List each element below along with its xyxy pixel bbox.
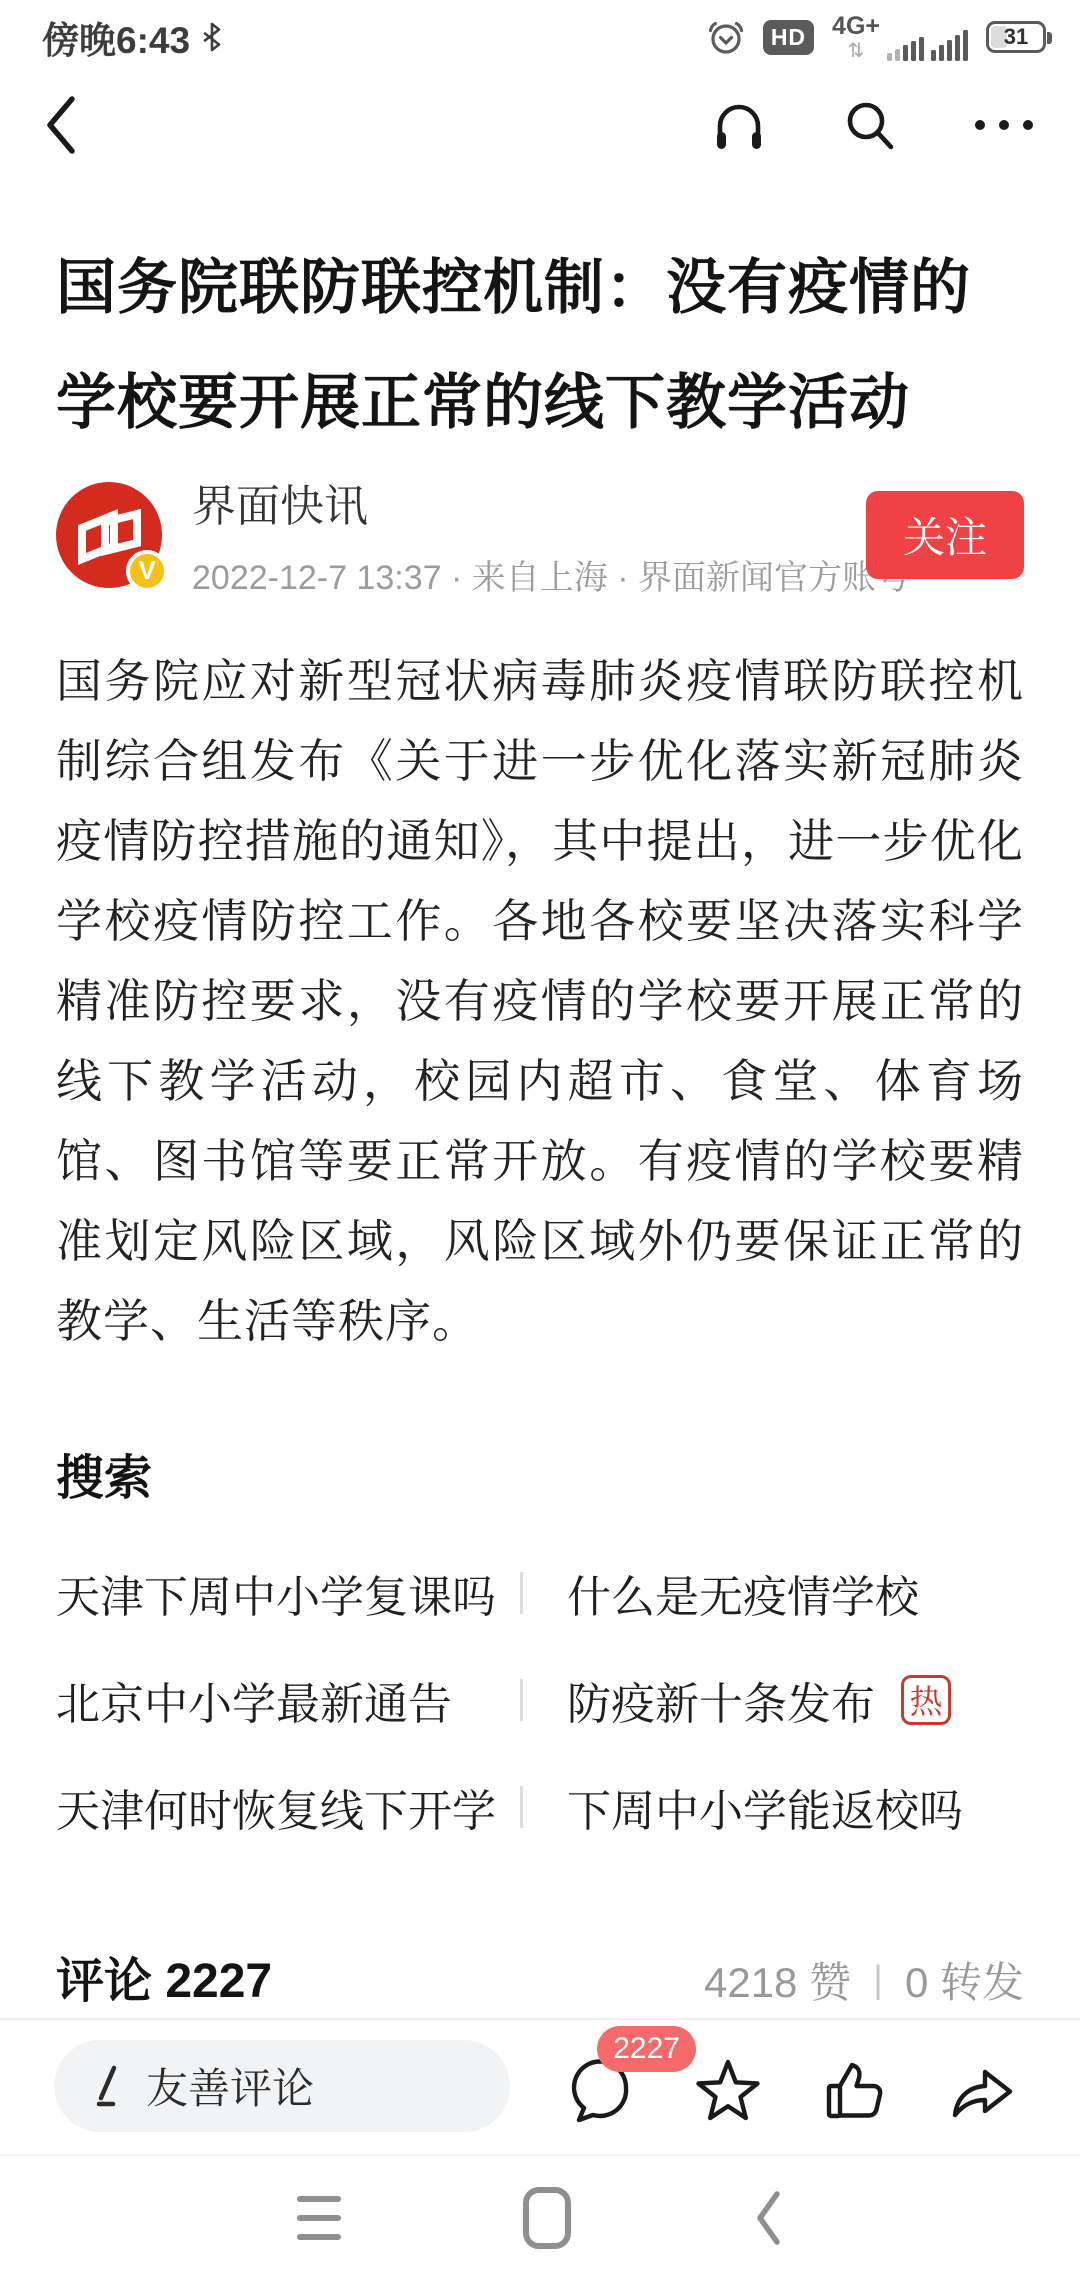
author-name[interactable]: 界面快讯: [192, 470, 866, 534]
likes-count: 4218 赞: [704, 1950, 851, 2010]
search-suggestion[interactable]: 防疫新十条发布 热: [567, 1668, 951, 1732]
chevron-left-icon: [40, 94, 82, 156]
author-meta: 2022-12-7 13:37 · 来自上海 · 界面新闻官方账号: [192, 550, 866, 599]
recents-button[interactable]: [297, 2196, 341, 2240]
article-title: 国务院联防联控机制：没有疫情的学校要开展正常的线下教学活动: [56, 230, 1024, 460]
like-button[interactable]: [820, 2057, 888, 2125]
search-button[interactable]: [842, 97, 898, 153]
status-time: 傍晚6:43: [42, 10, 190, 64]
search-suggestion-label: 天津下周中小学复课吗: [56, 1561, 496, 1625]
search-icon: [842, 97, 898, 153]
hd-indicator: HD: [763, 20, 814, 55]
search-suggestion-label: 防疫新十条发布: [567, 1668, 875, 1732]
home-button[interactable]: [523, 2187, 571, 2249]
star-icon: [694, 2058, 762, 2124]
alarm-icon: [707, 18, 745, 56]
chevron-left-icon: [753, 2186, 783, 2250]
related-search-grid: 天津下周中小学复课吗 什么是无疫情学校 北京中小学最新通告 防疫新十条发布 热 …: [56, 1539, 1024, 1860]
top-nav-bar: [0, 64, 1080, 186]
search-suggestion[interactable]: 天津下周中小学复课吗: [56, 1561, 520, 1625]
share-arrow-icon: [947, 2059, 1017, 2123]
data-arrows-icon: ⇅: [848, 41, 865, 61]
signal-indicator: 4G+ ⇅: [832, 14, 968, 61]
thumbs-up-icon: [820, 2057, 888, 2125]
battery-level: 31: [1004, 24, 1028, 50]
favorite-button[interactable]: [694, 2058, 762, 2124]
more-button[interactable]: [972, 117, 1036, 133]
column-divider: [520, 1786, 523, 1828]
signal-bars-sim2-icon: [887, 37, 924, 61]
pen-icon: [88, 2064, 124, 2108]
comment-input-placeholder: 友善评论: [146, 2056, 314, 2116]
search-section-heading: 搜索: [56, 1449, 1024, 1509]
search-row: 北京中小学最新通告 防疫新十条发布 热: [56, 1646, 1024, 1753]
network-type-label: 4G+: [832, 14, 880, 39]
bluetooth-icon: [202, 22, 222, 52]
home-icon: [523, 2187, 571, 2249]
follow-button[interactable]: 关注: [866, 491, 1024, 579]
author-avatar[interactable]: V: [56, 482, 162, 588]
search-suggestion[interactable]: 下周中小学能返校吗: [567, 1775, 963, 1839]
comment-count-badge: 2227: [597, 2026, 696, 2072]
action-icons: 2227: [536, 2046, 1046, 2126]
search-suggestion[interactable]: 什么是无疫情学校: [567, 1561, 919, 1625]
search-suggestion-label: 天津何时恢复线下开学: [56, 1775, 496, 1839]
verified-badge: V: [126, 550, 168, 592]
search-suggestion[interactable]: 北京中小学最新通告: [56, 1668, 520, 1732]
search-suggestion[interactable]: 天津何时恢复线下开学: [56, 1775, 520, 1839]
headphones-icon: [710, 96, 768, 154]
article-body: 国务院应对新型冠状病毒肺炎疫情联防联控机制综合组发布《关于进一步优化落实新冠肺炎…: [56, 641, 1024, 1361]
battery-icon: 31: [986, 21, 1046, 53]
search-suggestion-label: 下周中小学能返校吗: [567, 1775, 963, 1839]
back-button[interactable]: [40, 94, 82, 156]
signal-bars-sim1-icon: [931, 30, 968, 61]
search-suggestion-label: 北京中小学最新通告: [56, 1668, 452, 1732]
recents-icon: [297, 2196, 341, 2240]
column-divider: [520, 1572, 523, 1614]
stats-separator: |: [873, 1959, 883, 2002]
article-content: 国务院联防联控机制：没有疫情的学校要开展正常的线下教学活动 V 界面快讯 202…: [0, 230, 1080, 2011]
reposts-count: 0 转发: [905, 1950, 1024, 2010]
share-button[interactable]: [947, 2059, 1017, 2123]
comment-input[interactable]: 友善评论: [54, 2040, 510, 2132]
listen-button[interactable]: [710, 96, 768, 154]
author-info: 界面快讯 2022-12-7 13:37 · 来自上海 · 界面新闻官方账号: [192, 470, 866, 599]
bottom-action-bar: 友善评论 2227: [0, 2018, 1080, 2152]
search-row: 天津下周中小学复课吗 什么是无疫情学校: [56, 1539, 1024, 1646]
system-back-button[interactable]: [753, 2186, 783, 2250]
ellipsis-icon: [972, 117, 1036, 133]
comments-count-heading: 评论 2227: [56, 1942, 272, 2011]
column-divider: [520, 1679, 523, 1721]
author-row: V 界面快讯 2022-12-7 13:37 · 来自上海 · 界面新闻官方账号…: [56, 470, 1024, 599]
search-suggestion-label: 什么是无疫情学校: [567, 1561, 919, 1625]
comment-stats-row: 评论 2227 4218 赞 | 0 转发: [56, 1942, 1024, 2011]
hot-badge: 热: [901, 1675, 951, 1725]
comments-button[interactable]: 2227: [565, 2056, 635, 2126]
search-row: 天津何时恢复线下开学 下周中小学能返校吗: [56, 1753, 1024, 1860]
android-nav-bar: [0, 2154, 1080, 2280]
status-bar: 傍晚6:43 HD 4G+ ⇅: [0, 0, 1080, 64]
